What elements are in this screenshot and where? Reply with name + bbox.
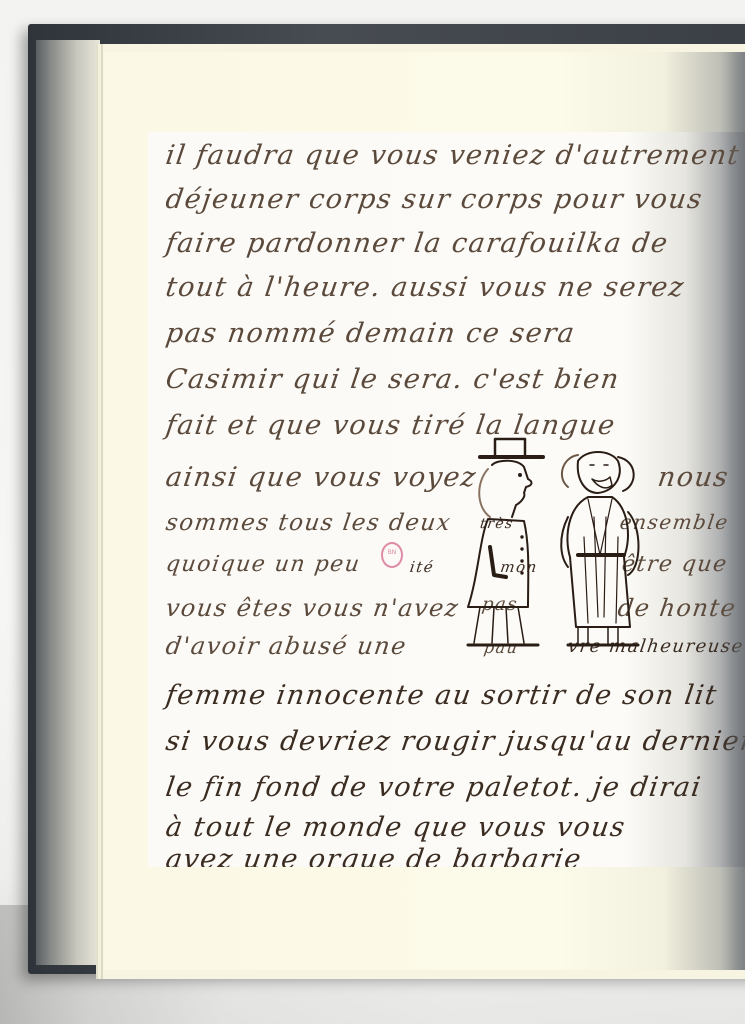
manuscript-line: quoique un peu <box>164 552 362 577</box>
book-gutter <box>36 40 100 965</box>
manuscript-line: vous êtes vous n'avez <box>164 594 461 622</box>
manuscript-line: pas nommé demain ce sera <box>164 318 578 349</box>
manuscript-line: il faudra que vous veniez d'autrement <box>164 140 742 171</box>
manuscript-line: déjeuner corps sur corps pour vous <box>164 184 705 215</box>
manuscript-line: avez une orgue de barbarie <box>164 844 584 867</box>
manuscript-line: sommes tous les deux <box>164 510 453 536</box>
man-figure-icon <box>468 439 543 645</box>
library-stamp: BN <box>381 542 403 568</box>
page-curl-shadow <box>720 52 745 970</box>
manuscript-line: à tout le monde que vous vous <box>164 812 628 843</box>
woman-figure-icon <box>561 452 638 645</box>
manuscript-line: tout à l'heure. aussi vous ne serez <box>164 272 687 303</box>
manuscript-line: si vous devriez rougir jusqu'au dernier <box>164 726 745 757</box>
caricature-sketch <box>428 437 653 662</box>
manuscript-line: femme innocente au sortir de son lit <box>164 680 720 711</box>
manuscript-facsimile: il faudra que vous veniez d'autrement dé… <box>148 132 745 867</box>
manuscript-line: Casimir qui le sera. c'est bien <box>164 364 622 395</box>
manuscript-line: le fin fond de votre paletot. je dirai <box>164 772 704 803</box>
manuscript-line: faire pardonner la carafouilka de <box>164 228 671 259</box>
manuscript-line: d'avoir abusé une <box>164 632 409 660</box>
